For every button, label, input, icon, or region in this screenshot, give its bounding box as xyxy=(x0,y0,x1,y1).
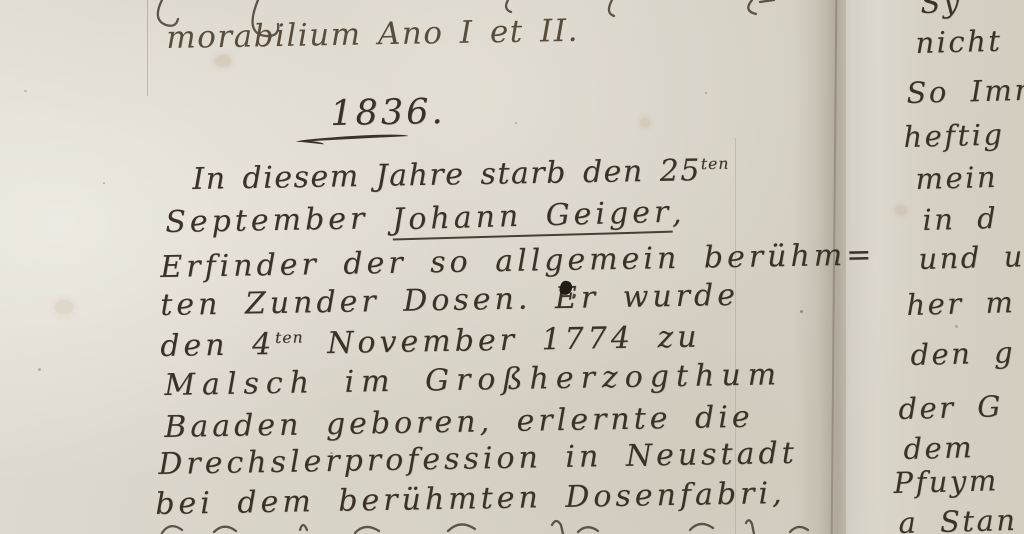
paper-speck xyxy=(38,368,41,371)
foxing-spot xyxy=(895,205,907,215)
paper-speck xyxy=(515,122,517,124)
manuscript-line: In diesem Jahre starb den 25ten xyxy=(192,153,730,197)
paper-speck xyxy=(705,92,707,94)
manuscript-photo: morabilium Ano I et II. 1836. In diesem … xyxy=(0,0,1024,534)
manuscript-fragment: der G xyxy=(898,389,1003,426)
johann-geiger-name: Johann Geiger xyxy=(391,195,672,241)
manuscript-fragment: nicht xyxy=(915,24,1003,60)
foxing-spot xyxy=(55,300,73,314)
cropped-line-bottom xyxy=(150,518,830,534)
line-text: In diesem Jahre starb den 25 xyxy=(192,153,701,197)
manuscript-line: ten Zunder Dosen. Er wurde xyxy=(160,278,739,323)
manuscript-line: morabilium Ano I et II. xyxy=(166,13,579,56)
line-text: November 1774 zu xyxy=(303,320,700,362)
manuscript-line: Erfinder der so allgemein berühm= xyxy=(160,238,876,285)
manuscript-line: den 4ten November 1774 zu xyxy=(160,320,701,364)
manuscript-fragment: in d xyxy=(922,201,999,237)
foxing-spot xyxy=(640,118,650,127)
foxing-spot xyxy=(215,55,231,67)
manuscript-line: September Johann Geiger, xyxy=(165,196,686,243)
manuscript-fragment: den g xyxy=(910,335,1016,372)
manuscript-fragment: Pfuym xyxy=(893,463,999,500)
year-heading: 1836. xyxy=(330,92,446,134)
line-text: den 4 xyxy=(160,327,275,364)
paper-speck xyxy=(955,325,958,328)
line-text: , xyxy=(672,196,686,231)
line-text: September xyxy=(165,201,392,240)
manuscript-fragment: heftig xyxy=(903,117,1005,154)
manuscript-fragment: her m xyxy=(906,285,1016,322)
manuscript-fragment: So Imm xyxy=(906,72,1024,110)
manuscript-line: bei dem berühmten Dosenfabri, xyxy=(155,476,786,522)
manuscript-fragment: und u xyxy=(918,239,1024,276)
ordinal-suffix: ten xyxy=(275,328,304,346)
manuscript-fragment: mein xyxy=(915,160,998,196)
paper-speck xyxy=(103,182,105,184)
paper-crease xyxy=(735,138,736,534)
manuscript-fragment: Sy xyxy=(920,0,962,20)
paper-speck xyxy=(24,90,27,92)
manuscript-fragment: dem xyxy=(903,430,975,466)
ordinal-suffix: ten xyxy=(701,155,730,173)
manuscript-fragment: a Stan xyxy=(898,503,1018,534)
manuscript-line: Malsch im Großherzogthum xyxy=(164,357,783,403)
paper-speck xyxy=(800,310,803,313)
